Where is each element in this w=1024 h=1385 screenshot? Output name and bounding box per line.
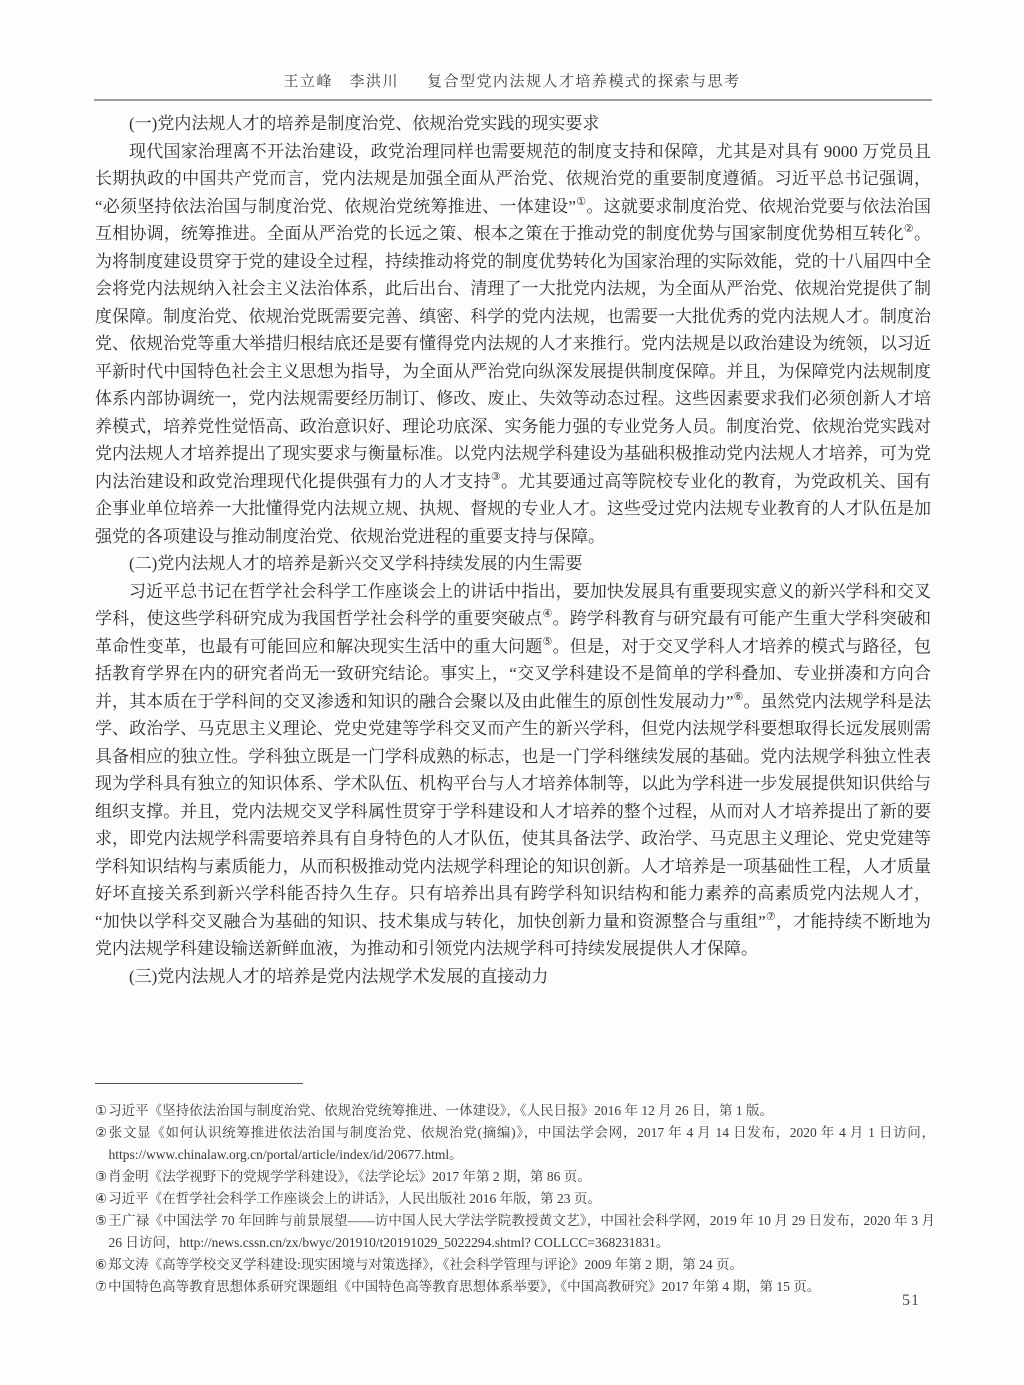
footnote-marker: ①	[95, 1103, 108, 1118]
footnote-ref: ⑦	[766, 911, 776, 923]
journal-page: 王立峰 李洪川 复合型党内法规人才培养模式的探索与思考 (一)党内法规人才的培养…	[0, 0, 1024, 1385]
header-article-title: 复合型党内法规人才培养模式的探索与思考	[427, 70, 741, 91]
header-rule	[94, 99, 932, 101]
footnote-marker: ⑦	[95, 1279, 108, 1294]
footnote-ref: ⑤	[542, 636, 552, 648]
footnote: ⑤王广禄《中国法学 70 年回眸与前景展望——访中国人民大学法学院教授黄文艺》，…	[95, 1210, 935, 1254]
footnote-marker: ③	[95, 1169, 108, 1184]
footnote: ④习近平《在哲学社会科学工作座谈会上的讲话》，人民出版社 2016 年版，第 2…	[95, 1188, 935, 1210]
paragraph: 习近平总书记在哲学社会科学工作座谈会上的讲话中指出，要加快发展具有重要现实意义的…	[95, 578, 931, 963]
paragraph: 现代国家治理离不开法治建设，政党治理同样也需要规范的制度支持和保障，尤其是对具有…	[95, 138, 931, 551]
footnote-marker: ⑥	[95, 1257, 108, 1272]
footnote-marker: ⑤	[95, 1213, 108, 1228]
footnotes-block: ①习近平《坚持依法治国与制度治党、依规治党统筹推进、一体建设》，《人民日报》20…	[95, 1100, 935, 1298]
section-heading: (二)党内法规人才的培养是新兴交叉学科持续发展的内生需要	[95, 550, 931, 578]
footnote: ②张文显《如何认识统筹推进依法治国与制度治党、依规治党(摘编)》，中国法学会网，…	[95, 1122, 935, 1166]
footnote: ⑦中国特色高等教育思想体系研究课题组《中国特色高等教育思想体系举要》，《中国高教…	[95, 1276, 935, 1298]
footnote-ref: ①	[576, 196, 586, 208]
footnote-ref: ⑥	[734, 691, 744, 703]
header-authors: 王立峰 李洪川	[283, 70, 399, 91]
page-number: 51	[902, 1292, 920, 1310]
footnote-ref: ②	[904, 223, 914, 235]
footnote: ⑥郑文涛《高等学校交叉学科建设:现实困境与对策选择》，《社会科学管理与评论》20…	[95, 1254, 935, 1276]
footnote-marker: ②	[95, 1125, 109, 1140]
footnote-ref: ④	[542, 608, 552, 620]
footnote-ref: ③	[491, 471, 501, 483]
article-body: (一)党内法规人才的培养是制度治党、依规治党实践的现实要求现代国家治理离不开法治…	[95, 110, 931, 990]
footnote-divider	[95, 1083, 303, 1084]
running-header: 王立峰 李洪川 复合型党内法规人才培养模式的探索与思考	[0, 70, 1024, 91]
footnote: ③肖金明《法学视野下的党规学学科建设》，《法学论坛》2017 年第 2 期，第 …	[95, 1166, 935, 1188]
section-heading: (三)党内法规人才的培养是党内法规学术发展的直接动力	[95, 963, 931, 991]
footnote-marker: ④	[95, 1191, 108, 1206]
section-heading: (一)党内法规人才的培养是制度治党、依规治党实践的现实要求	[95, 110, 931, 138]
footnote: ①习近平《坚持依法治国与制度治党、依规治党统筹推进、一体建设》，《人民日报》20…	[95, 1100, 935, 1122]
